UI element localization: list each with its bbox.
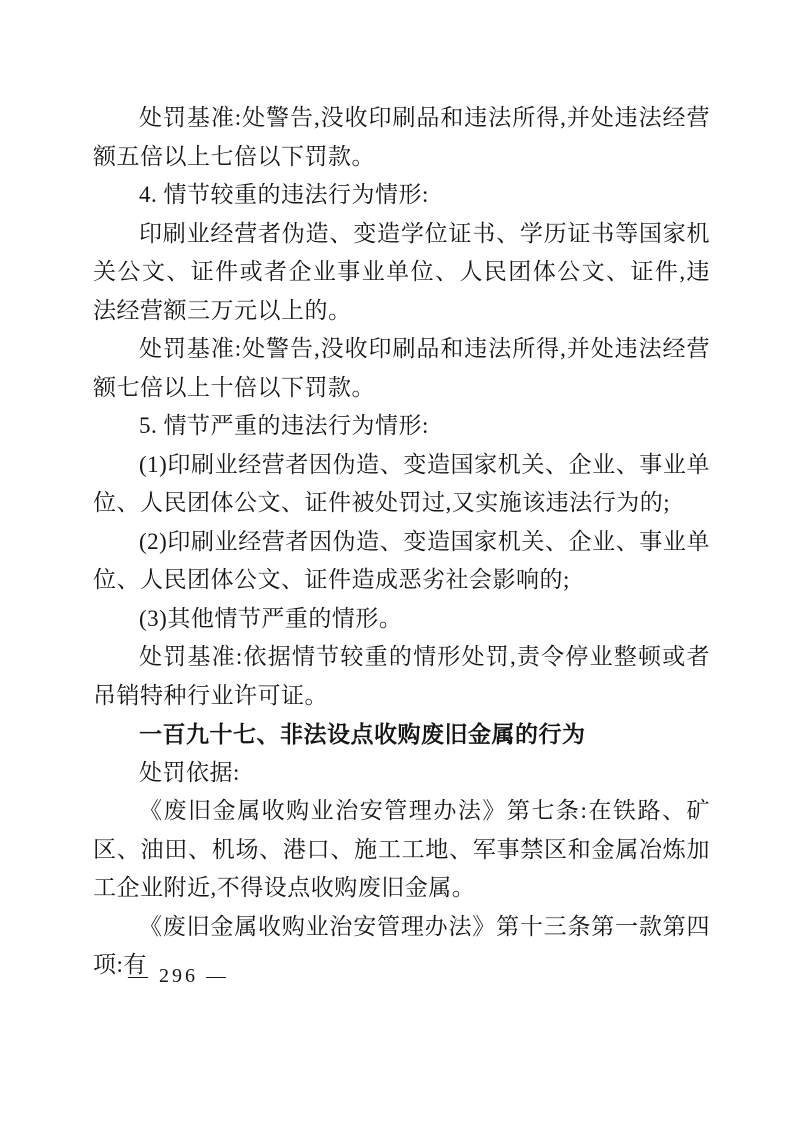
- document-page: 处罚基准:处警告,没收印刷品和违法所得,并处违法经营额五倍以上七倍以下罚款。 4…: [0, 0, 793, 1122]
- paragraph-subitem-2: (2)印刷业经营者因伪造、变造国家机关、企业、事业单位、人民团体公文、证件造成恶…: [93, 523, 710, 600]
- paragraph-item-4-title: 4. 情节较重的违法行为情形:: [93, 176, 710, 215]
- paragraph-subitem-3: (3)其他情节严重的情形。: [93, 600, 710, 639]
- section-heading-197: 一百九十七、非法设点收购废旧金属的行为: [93, 715, 710, 754]
- paragraph-subitem-1: (1)印刷业经营者因伪造、变造国家机关、企业、事业单位、人民团体公文、证件被处罚…: [93, 446, 710, 523]
- document-body: 处罚基准:处警告,没收印刷品和违法所得,并处违法经营额五倍以上七倍以下罚款。 4…: [93, 99, 710, 985]
- paragraph-penalty-standard-5x7: 处罚基准:处警告,没收印刷品和违法所得,并处违法经营额五倍以上七倍以下罚款。: [93, 99, 710, 176]
- page-number: — 296 —: [128, 965, 229, 987]
- paragraph-regulation-article-7: 《废旧金属收购业治安管理办法》第七条:在铁路、矿区、油田、机场、港口、施工工地、…: [93, 792, 710, 908]
- page-footer: — 296 —: [128, 962, 229, 990]
- paragraph-penalty-basis-label: 处罚依据:: [93, 754, 710, 793]
- paragraph-item-4-body: 印刷业经营者伪造、变造学位证书、学历证书等国家机关公文、证件或者企业事业单位、人…: [93, 215, 710, 331]
- paragraph-penalty-standard-severe: 处罚基准:依据情节较重的情形处罚,责令停业整顿或者吊销特种行业许可证。: [93, 638, 710, 715]
- paragraph-penalty-standard-7x10: 处罚基准:处警告,没收印刷品和违法所得,并处违法经营额七倍以上十倍以下罚款。: [93, 330, 710, 407]
- paragraph-item-5-title: 5. 情节严重的违法行为情形:: [93, 407, 710, 446]
